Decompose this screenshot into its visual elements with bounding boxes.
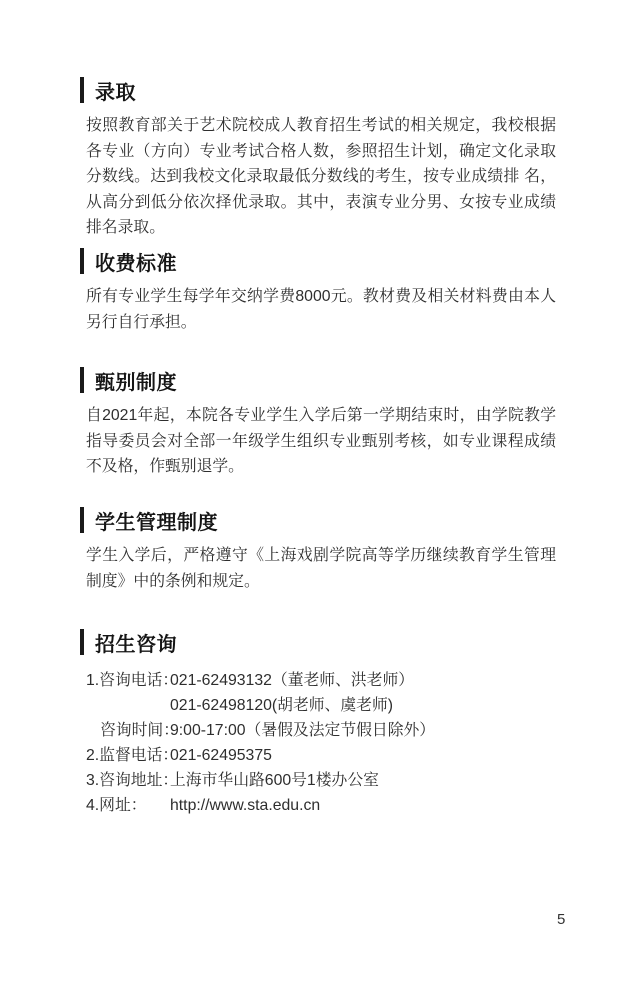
page-number: 5 xyxy=(557,911,565,928)
section-paragraph: 学生入学后，严格遵守《上海戏剧学院高等学历继续教育学生管理制度》中的条例和规定。 xyxy=(86,543,556,594)
heading-accent-bar xyxy=(80,507,84,533)
heading-accent-bar xyxy=(80,248,84,274)
contact-value: 上海市华山路600号1楼办公室 xyxy=(170,768,379,793)
contact-value: 9:00-17:00（暑假及法定节假日除外） xyxy=(170,718,435,743)
section-screening: 甄别制度 自2021年起，本院各专业学生入学后第一学期结束时，由学院教学指导委员… xyxy=(80,366,558,480)
section-heading-text: 收费标准 xyxy=(95,247,177,276)
contact-list: 1.咨询电话： 021-62493132（董老师、洪老师） 021-624981… xyxy=(86,668,558,818)
contact-label: 4.网址： xyxy=(86,793,170,818)
contact-value: 021-62498120(胡老师、虞老师) xyxy=(170,693,393,718)
section-paragraph: 所有专业学生每学年交纳学费8000元。教材费及相关材料费由本人另行自行承担。 xyxy=(86,284,556,335)
section-paragraph: 按照教育部关于艺术院校成人教育招生考试的相关规定，我校根据各专业（方向）专业考试… xyxy=(86,113,556,241)
section-heading-text: 甄别制度 xyxy=(95,366,177,395)
section-paragraph: 自2021年起，本院各专业学生入学后第一学期结束时，由学院教学指导委员会对全部一… xyxy=(86,403,556,480)
contact-row-supervision-phone: 2.监督电话： 021-62495375 xyxy=(86,743,558,768)
contact-value: 021-62495375 xyxy=(170,743,272,768)
contact-row-phone-1: 1.咨询电话： 021-62493132（董老师、洪老师） xyxy=(86,668,558,693)
section-heading: 学生管理制度 xyxy=(80,506,558,534)
contact-label: 2.监督电话： xyxy=(86,743,170,768)
section-heading: 招生咨询 xyxy=(80,628,558,656)
section-heading-text: 录取 xyxy=(95,76,136,105)
section-heading: 甄别制度 xyxy=(80,366,558,394)
contact-label: 咨询时间： xyxy=(86,718,170,743)
heading-accent-bar xyxy=(80,629,84,655)
contact-row-hours: 咨询时间： 9:00-17:00（暑假及法定节假日除外） xyxy=(86,718,558,743)
contact-row-website: 4.网址： http://www.sta.edu.cn xyxy=(86,793,558,818)
section-heading-text: 招生咨询 xyxy=(95,628,177,657)
document-page: 录取 按照教育部关于艺术院校成人教育招生考试的相关规定，我校根据各专业（方向）专… xyxy=(0,0,639,990)
section-heading: 收费标准 xyxy=(80,247,558,275)
section-consultation: 招生咨询 1.咨询电话： 021-62493132（董老师、洪老师） 021-6… xyxy=(80,628,558,818)
section-fees: 收费标准 所有专业学生每学年交纳学费8000元。教材费及相关材料费由本人另行自行… xyxy=(80,247,558,335)
contact-row-phone-2: 021-62498120(胡老师、虞老师) xyxy=(86,693,558,718)
website-url-text: http://www.sta.edu.cn xyxy=(170,793,320,818)
heading-accent-bar xyxy=(80,77,84,103)
contact-label xyxy=(86,693,170,718)
contact-label: 3.咨询地址： xyxy=(86,768,170,793)
section-heading: 录取 xyxy=(80,76,558,104)
section-heading-text: 学生管理制度 xyxy=(95,506,218,535)
section-student-management: 学生管理制度 学生入学后，严格遵守《上海戏剧学院高等学历继续教育学生管理制度》中… xyxy=(80,506,558,594)
heading-accent-bar xyxy=(80,367,84,393)
contact-value: 021-62493132（董老师、洪老师） xyxy=(170,668,414,693)
contact-row-address: 3.咨询地址： 上海市华山路600号1楼办公室 xyxy=(86,768,558,793)
contact-label: 1.咨询电话： xyxy=(86,668,170,693)
section-admission: 录取 按照教育部关于艺术院校成人教育招生考试的相关规定，我校根据各专业（方向）专… xyxy=(80,76,558,241)
